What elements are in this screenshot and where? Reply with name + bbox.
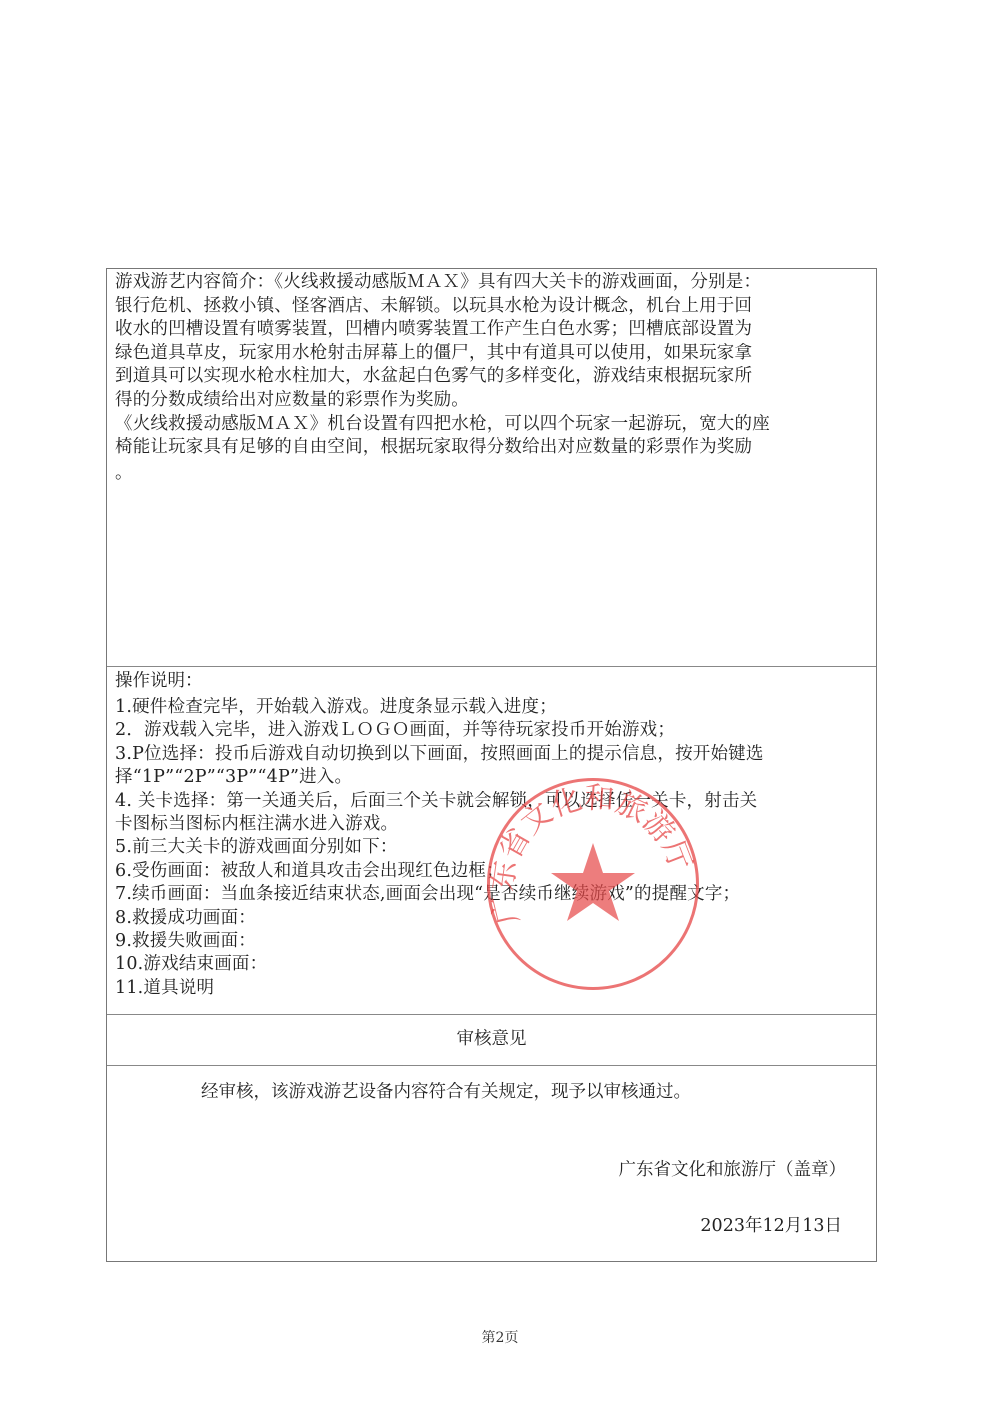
operations-heading: 操作说明： [115,669,870,693]
operation-step: 择“1P”“2P”“3P”“4P”进入。 [115,766,870,789]
intro-line: 《火线救援动感版ＭＡＸ》机台设置有四把水枪，可以四个玩家一起游玩，宽大的座 [115,413,870,437]
operation-step: 8.救援成功画面： [115,907,870,930]
intro-line: 。 [115,462,870,486]
operation-step: 10.游戏结束画面： [115,953,870,976]
operation-step: 2．游戏载入完毕，进入游戏ＬＯＧＯ画面，并等待玩家投币开始游戏； [115,719,870,742]
operation-step: 7.续币画面：当血条接近结束状态,画面会出现“是否续币继续游戏”的提醒文字； [115,883,870,906]
intro-line: 得的分数成绩给出对应数量的彩票作为奖励。 [115,389,870,413]
intro-line: 游戏游艺内容简介：《火线救援动感版ＭＡＸ》具有四大关卡的游戏画面，分别是： [115,271,870,295]
intro-line: 到道具可以实现水枪水柱加大，水盆起白色雾气的多样变化，游戏结束根据玩家所 [115,365,870,389]
operation-step: 3.P位选择：投币后游戏自动切换到以下画面，按照画面上的提示信息，按开始键选 [115,743,870,766]
intro-line: 绿色道具草皮，玩家用水枪射击屏幕上的僵尸，其中有道具可以使用，如果玩家拿 [115,342,870,366]
intro-line: 银行危机、拯救小镇、怪客酒店、未解锁。以玩具水枪为设计概念，机台上用于回 [115,295,870,319]
review-opinion-cell: 经审核，该游戏游艺设备内容符合有关规定，现予以审核通过。 广东省文化和旅游厅（盖… [107,1066,876,1261]
approval-form-table: 游戏游艺内容简介：《火线救援动感版ＭＡＸ》具有四大关卡的游戏画面，分别是： 银行… [106,268,877,1262]
approval-date: 2023年12月13日 [700,1212,842,1237]
intro-line: 椅能让玩家具有足够的自由空间，根据玩家取得分数给出对应数量的彩票作为奖励 [115,436,870,460]
operation-step: 11.道具说明 [115,977,870,1000]
operation-step: 9.救援失败画面： [115,930,870,953]
operation-step: 1.硬件检查完毕，开始载入游戏。进度条显示载入进度； [115,696,870,719]
operation-step: 4. 关卡选择：第一关通关后，后面三个关卡就会解锁，可以选择任一关卡，射击关 [115,790,870,813]
issuing-authority: 广东省文化和旅游厅（盖章） [619,1156,847,1181]
review-conclusion: 经审核，该游戏游艺设备内容符合有关规定，现予以审核通过。 [201,1078,691,1103]
operation-step: 6.受伤画面：被敌人和道具攻击会出现红色边框； [115,860,870,883]
page-number: 第2页 [0,1327,1000,1347]
review-opinion-header: 审核意见 [107,1015,876,1066]
operation-instructions-cell: 操作说明： 1.硬件检查完毕，开始载入游戏。进度条显示载入进度； 2．游戏载入完… [107,667,876,1015]
operation-step: 卡图标当图标内框注满水进入游戏。 [115,813,870,836]
intro-line: 收水的凹槽设置有喷雾装置，凹槽内喷雾装置工作产生白色水雾；凹槽底部设置为 [115,318,870,342]
content-intro-cell: 游戏游艺内容简介：《火线救援动感版ＭＡＸ》具有四大关卡的游戏画面，分别是： 银行… [107,269,876,667]
operation-step: 5.前三大关卡的游戏画面分别如下： [115,836,870,859]
